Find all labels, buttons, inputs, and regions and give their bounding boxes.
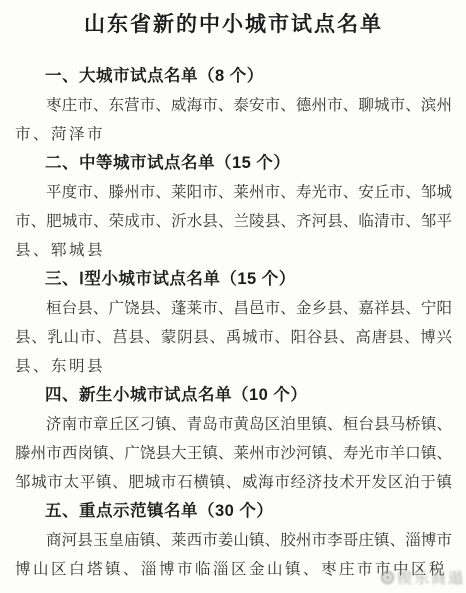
body-line: 县、乳山市、莒县、蒙阴县、禹城市、阳谷县、高唐县、博兴 xyxy=(15,323,452,352)
body-line: 县、东明县 xyxy=(15,352,452,381)
body-line: 县、郓城县 xyxy=(15,236,452,265)
section-large-cities: 一、大城市试点名单（8 个） 枣庄市、东营市、威海市、泰安市、德州市、聊城市、滨… xyxy=(15,62,452,149)
section-new-small-cities: 四、新生小城市试点名单（10 个） 济南市章丘区刁镇、青岛市黄岛区泊里镇、桓台县… xyxy=(15,381,452,497)
section-heading: 四、新生小城市试点名单（10 个） xyxy=(15,381,452,410)
page-title: 山东省新的中小城市试点名单 xyxy=(15,9,452,41)
section-heading: 一、大城市试点名单（8 个） xyxy=(15,62,452,91)
section-heading: 二、中等城市试点名单（15 个） xyxy=(15,149,452,178)
body-line: 博山区白塔镇、淄博市临淄区金山镇、枣庄市市中区税 xyxy=(15,555,452,584)
body-line: 商河县玉皇庙镇、莱西市姜山镇、胶州市李哥庄镇、淄博市 xyxy=(15,526,452,555)
section-medium-cities: 二、中等城市试点名单（15 个） 平度市、滕州市、莱阳市、莱州市、寿光市、安丘市… xyxy=(15,149,452,265)
document-page: 山东省新的中小城市试点名单 一、大城市试点名单（8 个） 枣庄市、东营市、威海市… xyxy=(0,0,466,593)
section-heading: 三、Ⅰ型小城市试点名单（15 个） xyxy=(15,265,452,294)
body-line: 平度市、滕州市、莱阳市、莱州市、寿光市、安丘市、邹城 xyxy=(15,178,452,207)
section-key-demonstration-towns: 五、重点示范镇名单（30 个） 商河县玉皇庙镇、莱西市姜山镇、胶州市李哥庄镇、淄… xyxy=(15,497,452,584)
body-line: 邹城市太平镇、肥城市石横镇、威海市经济技术开发区泊于镇 xyxy=(15,468,452,497)
body-line: 桓台县、广饶县、蓬莱市、昌邑市、金乡县、嘉祥县、宁阳 xyxy=(15,294,452,323)
body-line: 市、菏泽市 xyxy=(15,120,452,149)
section-heading: 五、重点示范镇名单（30 个） xyxy=(15,497,452,526)
body-line: 济南市章丘区刁镇、青岛市黄岛区泊里镇、桓台县马桥镇、 xyxy=(15,410,452,439)
body-line: 市、肥城市、荣成市、沂水县、兰陵县、齐河县、临清市、邹平 xyxy=(15,207,452,236)
section-type1-small-cities: 三、Ⅰ型小城市试点名单（15 个） 桓台县、广饶县、蓬莱市、昌邑市、金乡县、嘉祥… xyxy=(15,265,452,381)
body-line: 枣庄市、东营市、威海市、泰安市、德州市、聊城市、滨州 xyxy=(15,91,452,120)
body-line: 滕州市西岗镇、广饶县大王镇、莱州市沙河镇、寿光市羊口镇、 xyxy=(15,439,452,468)
